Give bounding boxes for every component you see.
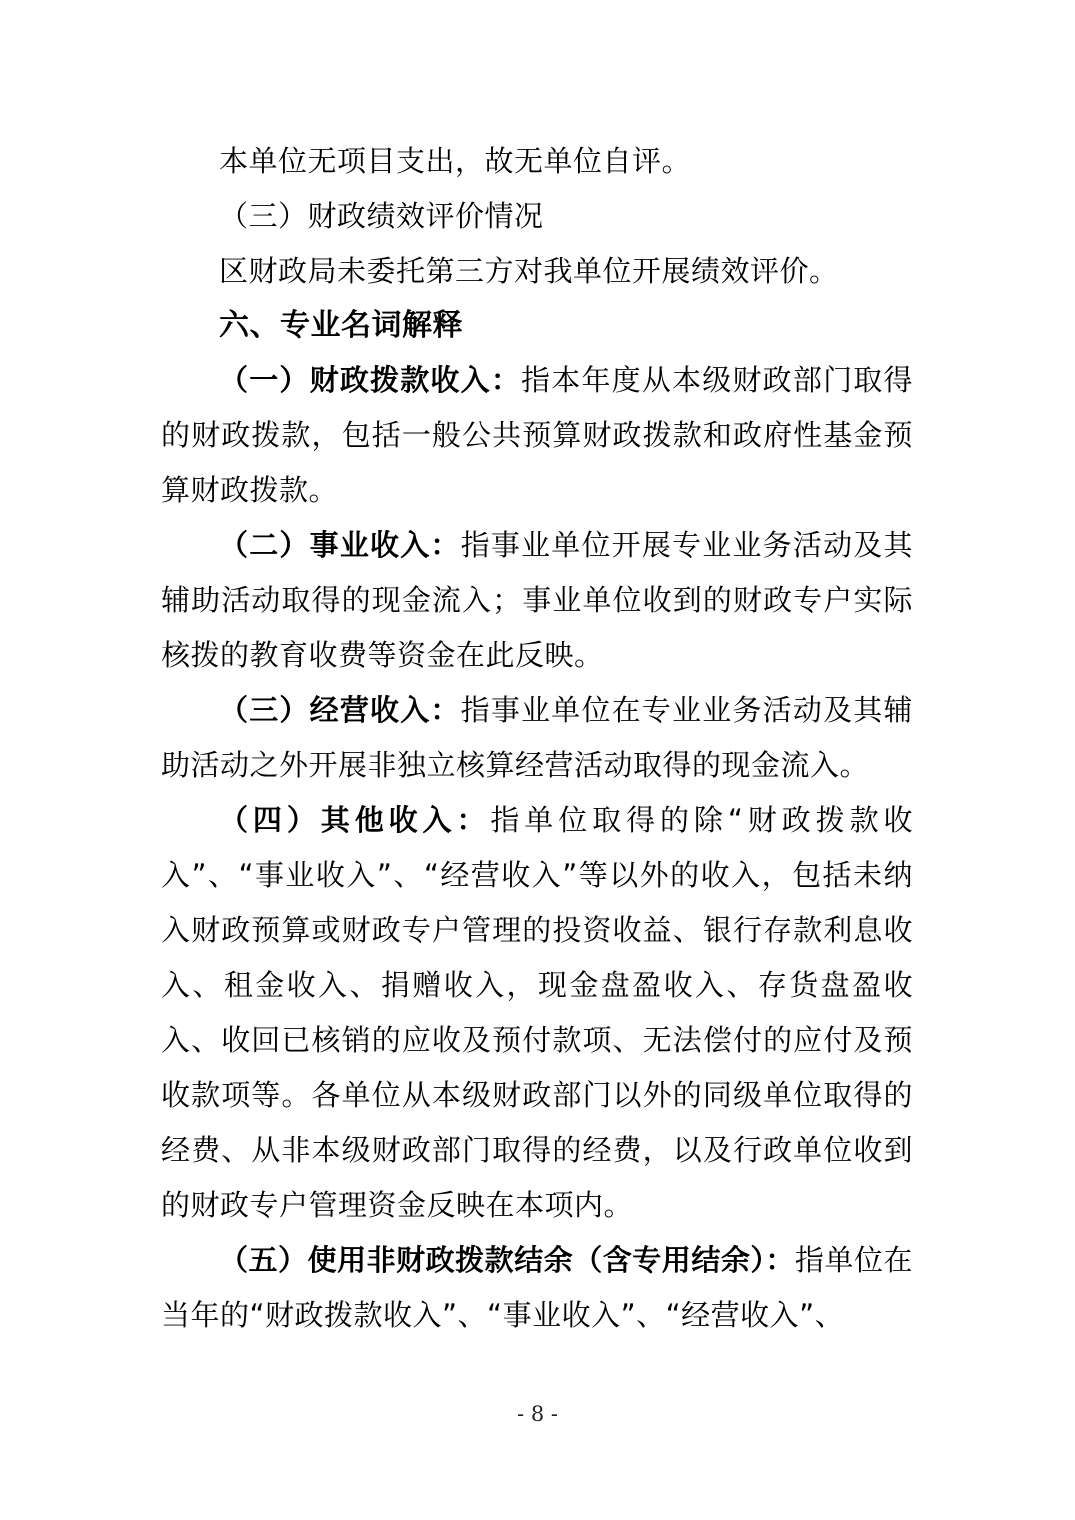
paragraph: （二）事业收入：指事业单位开展专业业务活动及其辅助活动取得的现金流入；事业单位收… [161,518,913,683]
heading-text: 六、专业名词解释 [219,308,463,343]
document-body: 本单位无项目支出，故无单位自评。（三）财政绩效评价情况区财政局未委托第三方对我单… [161,134,913,1343]
term-label: （四）其他收入： [219,803,490,837]
term-label: （五）使用非财政拨款结余（含专用结余）： [219,1243,795,1277]
paragraph: （五）使用非财政拨款结余（含专用结余）：指单位在当年的“财政拨款收入”、“事业收… [161,1233,913,1343]
paragraph: （四）其他收入：指单位取得的除“财政拨款收入”、“事业收入”、“经营收入”等以外… [161,793,913,1233]
paragraph: 本单位无项目支出，故无单位自评。 [161,134,913,189]
document-page: 本单位无项目支出，故无单位自评。（三）财政绩效评价情况区财政局未委托第三方对我单… [0,0,1075,1520]
page-number: - 8 - [0,1402,1075,1426]
paragraph: （三）经营收入：指事业单位在专业业务活动及其辅助活动之外开展非独立核算经营活动取… [161,683,913,793]
term-label: （三）财政绩效评价情况 [219,199,544,233]
paragraph: 区财政局未委托第三方对我单位开展绩效评价。 [161,244,913,299]
section-heading: 六、专业名词解释 [161,299,913,353]
term-label: （二）事业收入： [219,528,461,562]
paragraph: （三）财政绩效评价情况 [161,189,913,244]
term-label: （一）财政拨款收入： [219,363,521,397]
definition-text: 指单位取得的除“财政拨款收入”、“事业收入”、“经营收入”等以外的收入，包括未纳… [161,803,913,1222]
term-label: 本单位无项目支出，故无单位自评。 [219,144,691,178]
paragraph: （一）财政拨款收入：指本年度从本级财政部门取得的财政拨款，包括一般公共预算财政拨… [161,353,913,518]
term-label: （三）经营收入： [219,693,461,727]
term-label: 区财政局未委托第三方对我单位开展绩效评价。 [219,254,839,288]
